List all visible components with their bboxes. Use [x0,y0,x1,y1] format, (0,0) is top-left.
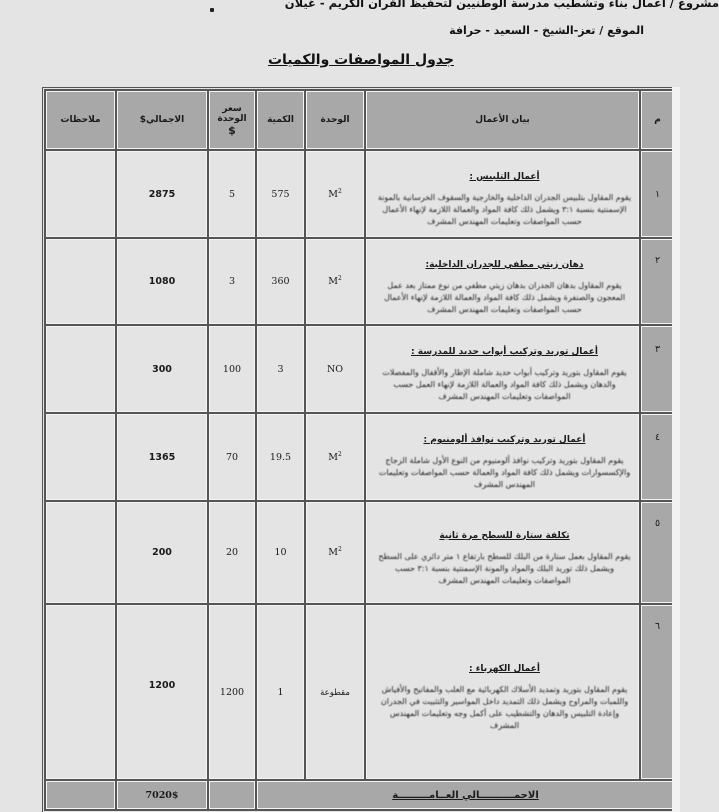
table-row: ٤ أعمال توريد وتركيب نوافذ ألومنيوم : يق… [45,413,675,501]
row-unit-price: 100 [208,325,256,413]
item-body: يقوم المقاول بتوريد وتركيب أبواب حديد شا… [376,367,633,403]
row-unit: M2 [305,501,365,604]
row-quantity: 575 [256,150,305,238]
row-index: ٢ [640,238,675,325]
row-total: 300 [116,325,208,413]
item-body: يقوم المقاول بعمل ستارة من البلك للسطح ب… [376,551,633,587]
unit-text: M [328,189,338,200]
col-header-description: بيان الأعمال [365,90,640,150]
unit-text: NO [327,364,343,375]
row-index: ٤ [640,413,675,501]
row-unit: M2 [305,238,365,325]
project-location-line: الموقع / تعز-الشيخ - السعيد - حرافة [449,24,644,37]
item-title: دهان زيتي مطفي للجدران الداخلية: [376,260,633,270]
table-row: ٢ دهان زيتي مطفي للجدران الداخلية: يقوم … [45,238,675,325]
row-index: ١ [640,150,675,238]
unit-exponent: 2 [338,451,342,458]
row-description: أعمال الكهرباء : يقوم المقاول بتوريد وتم… [365,604,640,780]
unit-exponent: 2 [338,188,342,195]
unit-exponent: 2 [338,275,342,282]
table-row: ٦ أعمال الكهرباء : يقوم المقاول بتوريد و… [45,604,675,780]
row-unit-price: 3 [208,238,256,325]
project-title-line: مشروع / اعمال بناء وتشطيب مدرسة الوطنيين… [285,0,719,10]
row-quantity: 1 [256,604,305,780]
unit-text: M [328,548,338,559]
item-title: أعمال الكهرباء : [376,664,633,674]
item-body: يقوم المقاول بتوريد وتمديد الأسلاك الكهر… [376,684,633,732]
unit-text: M [328,452,338,463]
unit-text: مقطوعة [320,688,350,698]
row-unit: مقطوعة [305,604,365,780]
grand-total-value: 7020$ [145,790,178,801]
row-unit: M2 [305,413,365,501]
grand-total-notes [45,780,116,810]
row-total: 1080 [116,238,208,325]
item-body: يقوم المقاول بتوريد وتركيب نوافذ ألومنيو… [376,455,633,491]
document-title: جدول المواصفات والكميات [268,52,454,68]
row-quantity: 19.5 [256,413,305,501]
row-unit-price: 20 [208,501,256,604]
page-edge [672,87,680,812]
table-row: ١ أعمال التلبيس : يقوم المقاول بتلبيس ال… [45,150,675,238]
grand-total-label-cell: الاجمــــــــــالي العــامـــــــــة [256,780,675,810]
item-title: تكلفة ستارة للسطح مرة ثانية [376,531,633,541]
row-notes [45,150,116,238]
row-total: 200 [116,501,208,604]
row-quantity: 360 [256,238,305,325]
row-description: دهان زيتي مطفي للجدران الداخلية: يقوم ال… [365,238,640,325]
col-header-unit: الوحدة [305,90,365,150]
bill-of-quantities-table: م بيان الأعمال الوحدة الكمية سعر الوحدة … [42,87,678,812]
unit-text: M [328,277,338,288]
unit-price-label-2: الوحدة [209,114,255,124]
row-description: تكلفة ستارة للسطح مرة ثانية يقوم المقاول… [365,501,640,604]
col-header-total: الاجمالي$ [116,90,208,150]
table-row: ٥ تكلفة ستارة للسطح مرة ثانية يقوم المقا… [45,501,675,604]
table-row: ٣ أعمال توريد وتركيب أبواب حديد للمدرسة … [45,325,675,413]
row-unit-price: 70 [208,413,256,501]
row-unit: NO [305,325,365,413]
item-body: يقوم المقاول بدهان الجدران بدهان زيتي مط… [376,280,633,316]
row-notes [45,325,116,413]
grand-total-row: الاجمــــــــــالي العــامـــــــــة 702… [45,780,675,810]
item-title: أعمال التلبيس : [376,172,633,182]
unit-exponent: 2 [338,546,342,553]
col-header-unit-price: سعر الوحدة $ [208,90,256,150]
item-title: أعمال توريد وتركيب أبواب حديد للمدرسة : [376,347,633,357]
unit-price-label-3: $ [209,124,255,137]
row-unit: M2 [305,150,365,238]
row-total: 2875 [116,150,208,238]
col-header-index: م [640,90,675,150]
row-index: ٣ [640,325,675,413]
row-quantity: 3 [256,325,305,413]
bullet-mark [210,8,214,12]
row-total: 1200 [116,604,208,780]
row-description: أعمال توريد وتركيب أبواب حديد للمدرسة : … [365,325,640,413]
row-unit-price: 1200 [208,604,256,780]
row-quantity: 10 [256,501,305,604]
unit-price-label-1: سعر [209,104,255,114]
col-header-notes: ملاحظات [45,90,116,150]
grand-total-spacer [208,780,256,810]
row-description: أعمال توريد وتركيب نوافذ ألومنيوم : يقوم… [365,413,640,501]
table-header-row: م بيان الأعمال الوحدة الكمية سعر الوحدة … [45,90,675,150]
grand-total-value-cell: 7020$ [116,780,208,810]
row-unit-price: 5 [208,150,256,238]
row-total: 1365 [116,413,208,501]
col-header-quantity: الكمية [256,90,305,150]
item-body: يقوم المقاول بتلبيس الجدران الداخلية وال… [376,192,633,228]
grand-total-label: الاجمــــــــــالي العــامـــــــــة [392,790,539,801]
row-index: ٦ [640,604,675,780]
row-notes [45,604,116,780]
item-title: أعمال توريد وتركيب نوافذ ألومنيوم : [376,435,633,445]
row-index: ٥ [640,501,675,604]
row-notes [45,413,116,501]
row-notes [45,238,116,325]
row-notes [45,501,116,604]
row-description: أعمال التلبيس : يقوم المقاول بتلبيس الجد… [365,150,640,238]
